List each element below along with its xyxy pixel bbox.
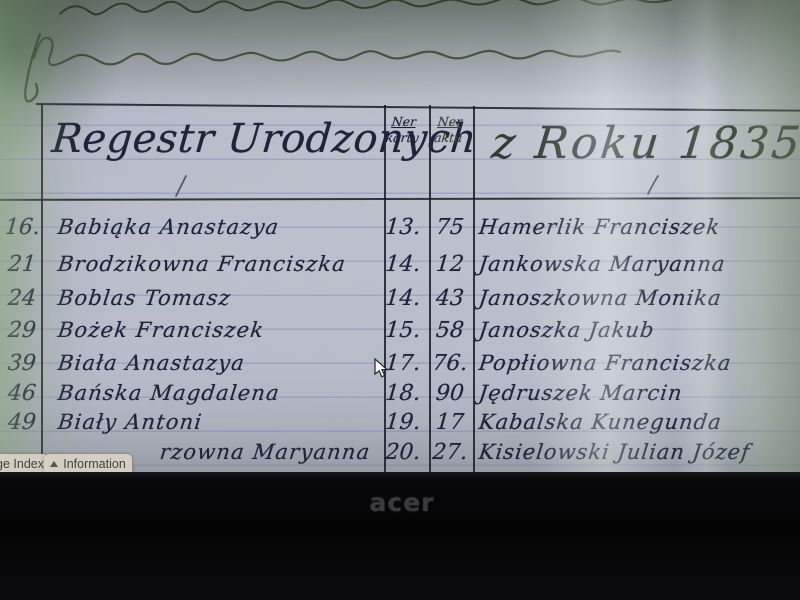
row-name: Biała Anastazya <box>57 351 247 375</box>
table-top-border <box>36 103 800 112</box>
row-name: Bożek Franciszek <box>57 318 266 342</box>
mouse-cursor-icon <box>374 358 392 380</box>
row-page-number: 15. <box>381 318 425 343</box>
row-name: rzowna Maryanna <box>159 440 372 464</box>
row-second-name: Hamerlik Franciszek <box>478 215 722 239</box>
row-number: 46 <box>4 381 40 406</box>
tab-information[interactable]: Information <box>44 454 132 474</box>
register-row: 21 Brodzikowna Franciszka 14. 12 Jankows… <box>0 252 800 286</box>
tab-page-index[interactable]: ge Index <box>0 454 48 474</box>
register-document: Regestr Urodzonych Ner karty Ner aktu z … <box>0 0 800 474</box>
row-act-number: 76. <box>426 351 474 376</box>
row-act-number: 17 <box>426 410 474 435</box>
row-second-name: Jędruszek Marcin <box>478 381 685 405</box>
row-number: 24 <box>4 286 40 311</box>
register-row: 16. Babiąka Anastazya 13. 75 Hamerlik Fr… <box>0 215 800 249</box>
row-page-number: 18. <box>381 381 425 406</box>
screen: Regestr Urodzonych Ner karty Ner aktu z … <box>0 0 800 474</box>
row-second-name: Kabalska Kunegunda <box>478 410 724 434</box>
row-name: Boblas Tomasz <box>57 286 233 310</box>
register-row: 29 Bożek Franciszek 15. 58 Janoszka Jaku… <box>0 318 800 352</box>
column-header-karty: Ner karty <box>379 114 426 147</box>
register-row: 49 Biały Antoni 19. 17 Kabalska Kunegund… <box>0 410 800 444</box>
row-act-number: 58 <box>426 318 474 343</box>
register-row: 39 Biała Anastazya 17. 76. Popłiowna Fra… <box>0 351 800 385</box>
row-second-name: Janoszkowna Monika <box>478 286 724 310</box>
row-second-name: Jankowska Maryanna <box>478 252 727 276</box>
tab-page-index-label: ge Index <box>0 457 44 471</box>
row-act-number: 12 <box>426 252 474 277</box>
row-name: Brodzikowna Franciszka <box>57 252 348 276</box>
table-header-separator <box>0 197 800 201</box>
row-second-name: Janoszka Jakub <box>478 318 656 342</box>
row-name: Bańska Magdalena <box>57 381 282 405</box>
row-number: 29 <box>4 318 40 343</box>
row-name: Biały Antoni <box>57 410 204 434</box>
row-name: Babiąka Anastazya <box>57 215 281 239</box>
column-header-aktu: Ner aktu <box>425 114 472 147</box>
acer-logo: acer <box>340 488 464 517</box>
row-second-name: Kisielowski Julian Józef <box>478 440 752 464</box>
monitor-bezel: acer <box>0 472 800 600</box>
up-triangle-icon <box>50 461 58 467</box>
row-number: 49 <box>4 410 40 435</box>
row-act-number: 43 <box>426 286 474 311</box>
row-page-number: 14. <box>381 252 425 277</box>
register-year-heading: z Roku 1835 <box>489 118 800 169</box>
row-page-number: 14. <box>381 286 425 311</box>
row-number: 21 <box>4 252 40 277</box>
row-number: 16. <box>4 215 40 240</box>
tab-information-label: Information <box>63 457 126 471</box>
row-page-number: 13. <box>381 215 425 240</box>
row-second-name: Popłiowna Franciszka <box>478 351 733 375</box>
row-page-number: 20. <box>381 440 425 465</box>
row-act-number: 27. <box>426 440 474 465</box>
row-act-number: 90 <box>426 381 474 406</box>
monitor-photo: Regestr Urodzonych Ner karty Ner aktu z … <box>0 0 800 600</box>
row-act-number: 75 <box>426 215 474 240</box>
register-row: 24 Boblas Tomasz 14. 43 Janoszkowna Moni… <box>0 286 800 320</box>
row-number: 39 <box>4 351 40 376</box>
row-page-number: 19. <box>381 410 425 435</box>
